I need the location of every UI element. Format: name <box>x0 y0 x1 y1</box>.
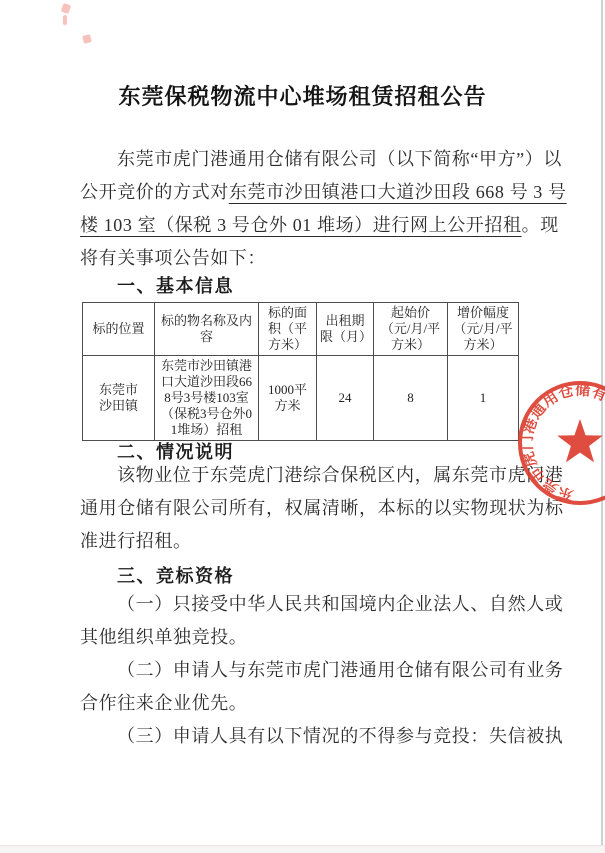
situation-line-1: 该物业位于东莞虎门港综合保税区内，属东莞市虎门港 <box>80 459 540 492</box>
basic-info-table: 标的位置 标的物名称及内容 标的面积（平方米） 出租期限（月） 起始价（元/月/… <box>82 302 519 441</box>
situation-paragraph: 该物业位于东莞虎门港综合保税区内，属东莞市虎门港 通用仓储有限公司所有，权属清晰… <box>80 459 540 558</box>
qualification-item2-line2: 合作往来企业优先。 <box>80 687 540 720</box>
red-ink-artifact <box>82 34 92 44</box>
red-ink-artifact <box>63 15 67 25</box>
cell-location: 东莞市沙田镇 <box>83 356 155 441</box>
cell-term: 24 <box>317 356 374 441</box>
qualification-item-1: （一）只接受中华人民共和国境内企业法人、自然人或 其他组织单独竞投。 <box>80 588 540 654</box>
intro-paragraph: 东莞市虎门港通用仓储有限公司（以下简称“甲方”）以 公开竞价的方式对东莞市沙田镇… <box>80 143 540 275</box>
qualification-item1-line2: 其他组织单独竞投。 <box>80 621 540 654</box>
cell-start-price: 8 <box>374 356 448 441</box>
header-area: 标的面积（平方米） <box>259 303 317 356</box>
header-start-price: 起始价（元/月/平方米） <box>374 303 448 356</box>
table-header-row: 标的位置 标的物名称及内容 标的面积（平方米） 出租期限（月） 起始价（元/月/… <box>83 303 519 356</box>
intro-line-1: 东莞市虎门港通用仓储有限公司（以下简称“甲方”）以 <box>80 143 540 176</box>
intro-line-3-plain: 。现 <box>522 215 559 235</box>
qualification-item3-line1: （三）申请人具有以下情况的不得参与竞投：失信被执 <box>80 720 540 753</box>
scan-page-bottom-edge <box>0 845 605 846</box>
cell-location-line2: 沙田镇 <box>99 398 138 413</box>
cell-area: 1000平方米 <box>259 356 317 441</box>
header-name: 标的物名称及内容 <box>155 303 259 356</box>
header-location: 标的位置 <box>83 303 155 356</box>
page-title: 东莞保税物流中心堆场租赁招租公告 <box>0 80 605 111</box>
qualification-item2-line1: （二）申请人与东莞市虎门港通用仓储有限公司有业务 <box>80 654 540 687</box>
header-term: 出租期限（月） <box>317 303 374 356</box>
cell-name: 东莞市沙田镇港口大道沙田段668号3号楼103室（保税3号仓外01堆场）招租 <box>155 356 259 441</box>
qualification-item-2: （二）申请人与东莞市虎门港通用仓储有限公司有业务 合作往来企业优先。 <box>80 654 540 720</box>
scan-page-bottom-area <box>0 846 605 853</box>
intro-line-2-plain: 公开竞价的方式对 <box>80 182 229 202</box>
header-increment: 增价幅度（元/月/平方米） <box>448 303 519 356</box>
cell-location-line1: 东莞市 <box>99 382 138 397</box>
property-address-underlined-cont: 楼 103 室（保税 3 号仓外 01 堆场）进行网上公开招租 <box>80 215 522 235</box>
intro-line-3: 楼 103 室（保税 3 号仓外 01 堆场）进行网上公开招租。现 <box>80 209 540 242</box>
qualification-item-3: （三）申请人具有以下情况的不得参与竞投：失信被执 <box>80 720 540 753</box>
situation-line-2: 通用仓储有限公司所有，权属清晰，本标的以实物现状为标 <box>80 492 540 525</box>
red-ink-artifact <box>61 3 72 14</box>
table-row: 东莞市沙田镇 东莞市沙田镇港口大道沙田段668号3号楼103室（保税3号仓外01… <box>83 356 519 441</box>
situation-line-3: 准进行招租。 <box>80 525 540 558</box>
seal-star-icon <box>557 419 603 462</box>
qualification-item1-line1: （一）只接受中华人民共和国境内企业法人、自然人或 <box>80 588 540 621</box>
intro-line-2: 公开竞价的方式对东莞市沙田镇港口大道沙田段 668 号 3 号 <box>80 176 540 209</box>
official-seal-stamp: 东莞市虎门港通用仓储有限公司 <box>505 368 605 518</box>
section-heading-basic-info: 一、基本信息 <box>117 270 234 303</box>
property-address-underlined: 东莞市沙田镇港口大道沙田段 668 号 3 号 <box>229 182 567 202</box>
